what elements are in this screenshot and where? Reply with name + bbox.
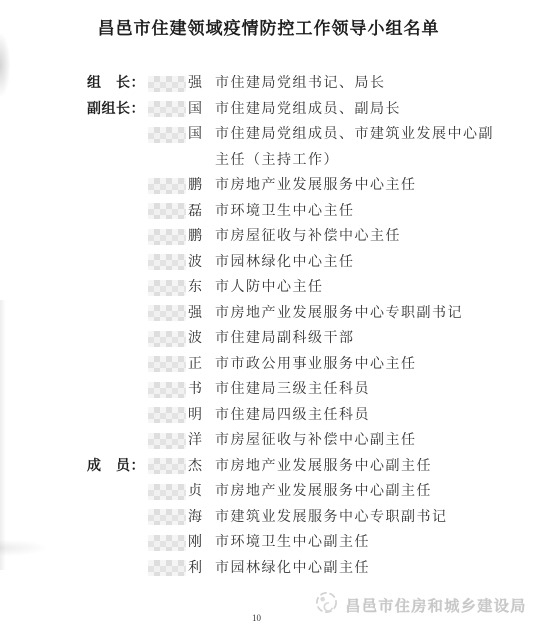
roster-row: 波 市园林绿化中心主任	[87, 250, 537, 276]
redacted-name-blur	[148, 433, 186, 449]
org-logo-icon	[315, 591, 338, 619]
job-title: 市房屋征收与补偿中心主任	[215, 224, 500, 250]
roster-row: 明 市住建局四级主任科员	[87, 403, 537, 429]
person-name: 强	[148, 71, 215, 97]
person-name: 波	[148, 326, 215, 352]
roster-row: 成 员： 杰 市房地产业发展服务中心副主任	[87, 454, 537, 480]
roster-row: 磊 市环境卫生中心主任	[87, 199, 537, 225]
job-title: 市房地产业发展服务中心专职副书记	[215, 301, 500, 327]
person-name: 书	[148, 377, 215, 403]
role-label: 组 长：	[87, 71, 148, 97]
person-name: 国	[148, 122, 215, 148]
person-name: 贞	[148, 479, 215, 505]
job-title: 市园林绿化中心主任	[215, 250, 500, 276]
person-name: 海	[148, 505, 215, 531]
person-name: 强	[148, 301, 215, 327]
redacted-name-blur	[148, 356, 186, 372]
person-name: 鹏	[148, 224, 215, 250]
name-visible-char: 贞	[188, 479, 202, 505]
roster-row: 强 市房地产业发展服务中心专职副书记	[87, 301, 537, 327]
role-label: 成 员：	[87, 454, 148, 480]
redacted-name-blur	[148, 280, 186, 296]
redacted-name-blur	[148, 560, 186, 576]
footer-watermark: 昌邑市住房和城乡建设局	[315, 591, 527, 619]
person-name: 正	[148, 352, 215, 378]
redacted-name-blur	[148, 535, 186, 551]
redacted-name-blur	[148, 254, 186, 270]
job-title: 市环境卫生中心副主任	[215, 530, 500, 556]
person-name: 国	[148, 97, 215, 123]
roster-row: 海 市建筑业发展服务中心专职副书记	[87, 505, 537, 531]
person-name: 鹏	[148, 173, 215, 199]
redacted-name-blur	[148, 178, 186, 194]
job-title: 市房屋征收与补偿中心副主任	[215, 428, 500, 454]
roster-list: 组 长： 强 市住建局党组书记、局长 副组长： 国 市住建局党组成员、副局长 国…	[0, 71, 537, 581]
job-title: 市房地产业发展服务中心主任	[215, 173, 500, 199]
name-visible-char: 杰	[188, 454, 202, 480]
roster-row: 书 市住建局三级主任科员	[87, 377, 537, 403]
name-visible-char: 磊	[188, 199, 202, 225]
job-title: 市市政公用事业服务中心主任	[215, 352, 500, 378]
redacted-name-blur	[148, 76, 186, 92]
person-name: 刚	[148, 530, 215, 556]
job-title: 市环境卫生中心主任	[215, 199, 500, 225]
job-title: 市住建局三级主任科员	[215, 377, 500, 403]
person-name: 利	[148, 556, 215, 582]
roster-row: 国 市住建局党组成员、市建筑业发展中心副主任（主持工作）	[87, 122, 537, 173]
page-title: 昌邑市住建领域疫情防控工作领导小组名单	[0, 0, 537, 41]
redacted-name-blur	[148, 127, 186, 143]
roster-row: 鹏 市房屋征收与补偿中心主任	[87, 224, 537, 250]
roster-row: 洋 市房屋征收与补偿中心副主任	[87, 428, 537, 454]
redacted-name-blur	[148, 203, 186, 219]
redacted-name-blur	[148, 101, 186, 117]
roster-row: 波 市住建局副科级干部	[87, 326, 537, 352]
person-name: 明	[148, 403, 215, 429]
redacted-name-blur	[148, 305, 186, 321]
name-visible-char: 正	[188, 352, 202, 378]
name-visible-char: 鹏	[188, 224, 202, 250]
name-visible-char: 刚	[188, 530, 202, 556]
job-title: 市人防中心主任	[215, 275, 500, 301]
name-visible-char: 波	[188, 326, 202, 352]
job-title: 市住建局党组成员、市建筑业发展中心副主任（主持工作）	[215, 122, 500, 173]
name-visible-char: 国	[188, 122, 202, 148]
roster-row: 组 长： 强 市住建局党组书记、局长	[87, 71, 537, 97]
document-page: 昌邑市住建领域疫情防控工作领导小组名单 组 长： 强 市住建局党组书记、局长 副…	[0, 0, 537, 627]
redacted-name-blur	[148, 458, 186, 474]
name-visible-char: 波	[188, 250, 202, 276]
name-visible-char: 强	[188, 71, 202, 97]
name-visible-char: 鹏	[188, 173, 202, 199]
job-title: 市房地产业发展服务中心副主任	[215, 454, 500, 480]
person-name: 杰	[148, 454, 215, 480]
name-visible-char: 洋	[188, 428, 202, 454]
name-visible-char: 书	[188, 377, 202, 403]
job-title: 市住建局四级主任科员	[215, 403, 500, 429]
roster-row: 贞 市房地产业发展服务中心副主任	[87, 479, 537, 505]
roster-row: 刚 市环境卫生中心副主任	[87, 530, 537, 556]
job-title: 市房地产业发展服务中心副主任	[215, 479, 500, 505]
page-number: 10	[252, 613, 261, 623]
person-name: 波	[148, 250, 215, 276]
redacted-name-blur	[148, 509, 186, 525]
roster-row: 利 市园林绿化中心副主任	[87, 556, 537, 582]
name-visible-char: 强	[188, 301, 202, 327]
redacted-name-blur	[148, 382, 186, 398]
name-visible-char: 国	[188, 97, 202, 123]
role-label: 副组长：	[87, 97, 148, 123]
job-title: 市园林绿化中心副主任	[215, 556, 500, 582]
name-visible-char: 明	[188, 403, 202, 429]
name-visible-char: 东	[188, 275, 202, 301]
job-title: 市住建局党组成员、副局长	[215, 97, 500, 123]
roster-row: 东 市人防中心主任	[87, 275, 537, 301]
roster-row: 副组长： 国 市住建局党组成员、副局长	[87, 97, 537, 123]
roster-row: 正 市市政公用事业服务中心主任	[87, 352, 537, 378]
job-title: 市住建局副科级干部	[215, 326, 500, 352]
name-visible-char: 海	[188, 505, 202, 531]
roster-row: 鹏 市房地产业发展服务中心主任	[87, 173, 537, 199]
redacted-name-blur	[148, 331, 186, 347]
person-name: 东	[148, 275, 215, 301]
job-title: 市建筑业发展服务中心专职副书记	[215, 505, 500, 531]
redacted-name-blur	[148, 229, 186, 245]
job-title: 市住建局党组书记、局长	[215, 71, 500, 97]
redacted-name-blur	[148, 484, 186, 500]
redacted-name-blur	[148, 407, 186, 423]
watermark-text: 昌邑市住房和城乡建设局	[345, 595, 527, 616]
name-visible-char: 利	[188, 556, 202, 582]
person-name: 磊	[148, 199, 215, 225]
person-name: 洋	[148, 428, 215, 454]
